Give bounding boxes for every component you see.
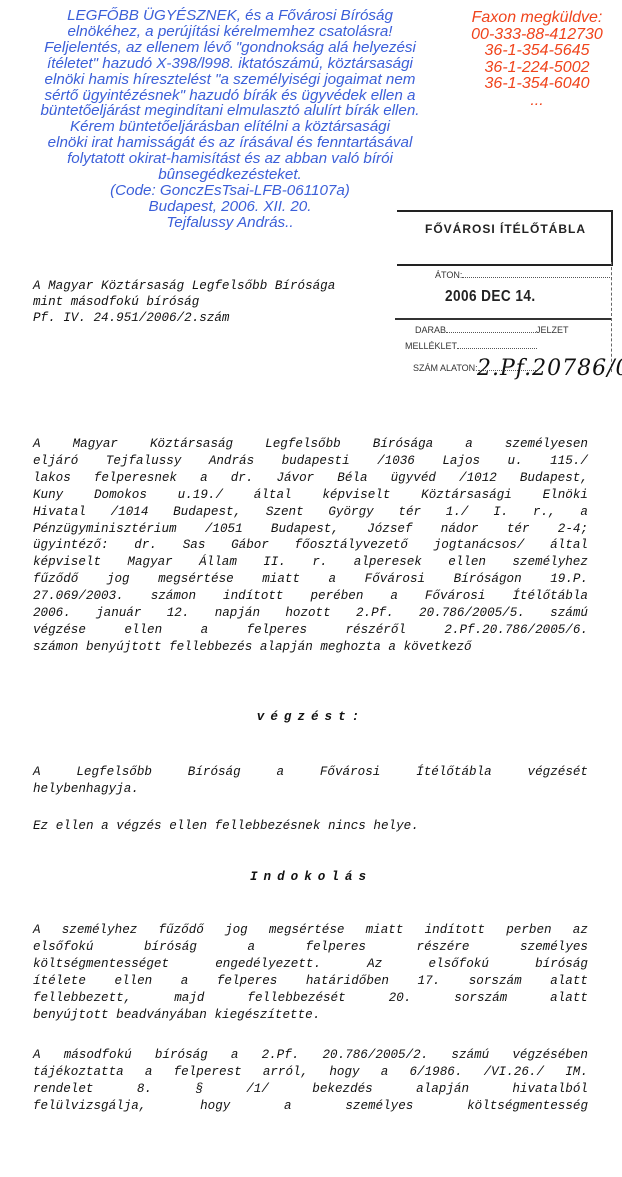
heading-decision: végzést: <box>0 710 622 724</box>
header-note-line: Feljelentés, az ellenem lévő "gondnokság… <box>10 40 450 56</box>
header-note-line: Budapest, 2006. XII. 20. <box>10 199 450 215</box>
court-header: A Magyar Köztársaság Legfelsőbb Bírósága… <box>33 279 335 326</box>
text-line: eljáróTejfalussyAndrásbudapesti/1036Lajo… <box>33 453 588 470</box>
text-line: felülvizsgálja,hogyaszemélyesköltségment… <box>33 1098 588 1115</box>
header-note-line: sértő ügyintézésnek" hazudó bírák és ügy… <box>10 88 450 104</box>
fax-note: Faxon megküldve:00-333-88-41273036-1-354… <box>452 10 622 109</box>
text-line: végzéseellenafelperesrészéről2.Pf.20.786… <box>33 622 588 639</box>
header-note-line: LEGFŐBB ÜGYÉSZNEK, és a Fővárosi Bíróság <box>10 8 450 24</box>
text-line: Pénzügyminisztérium/1051Budapest,Józsefn… <box>33 521 588 538</box>
text-line: képviseltMagyarÁllamII.r.alperesekellens… <box>33 554 588 571</box>
paragraph-ruling: ALegfelsőbbBíróságaFővárosiÍtélőtáblavég… <box>33 764 588 798</box>
fax-number-line: 36-1-224-5002 <box>452 60 622 77</box>
header-note: LEGFŐBB ÜGYÉSZNEK, és a Fővárosi Bíróság… <box>10 8 450 231</box>
stamp-row-1: ÁTON: <box>435 269 612 280</box>
text-line: Hivatal/1014Budapest,SzentGyörgytér1./I.… <box>33 504 588 521</box>
paragraph-intro: AMagyarKöztársaságLegfelsőbbBíróságaasze… <box>33 436 588 656</box>
text-line: elsőfokúbíróságafelperesrészéreszemélyes <box>33 939 588 956</box>
court-header-line: mint másodfokú bíróság <box>33 295 335 311</box>
fax-number-line: 36-1-354-5645 <box>452 43 622 60</box>
header-note-line: elnökéhez, a perújítási kérelmemhez csat… <box>10 24 450 40</box>
court-header-line: Pf. IV. 24.951/2006/2.szám <box>33 311 335 327</box>
header-note-line: ítéletet" hazudó X-398/l998. iktatószámú… <box>10 56 450 72</box>
fax-number-line: Faxon megküldve: <box>452 10 622 27</box>
text-line: tájékoztattaafelperestarról,hogya6/1986.… <box>33 1064 588 1081</box>
text-line: KunyDomokosu.19./általképviseltKöztársas… <box>33 487 588 504</box>
header-note-line: (Code: GonczEsTsai-LFB-061107a) <box>10 183 450 199</box>
stamp-title: FŐVÁROSI ÍTÉLŐTÁBLA <box>425 222 586 236</box>
court-header-line: A Magyar Köztársaság Legfelsőbb Bírósága <box>33 279 335 295</box>
header-note-line: büntetőeljárást megindítani elmulasztó a… <box>10 103 450 119</box>
fax-number-line: 00-333-88-412730 <box>452 27 622 44</box>
text-line: lakosfelperesnekadr.JávorBélaügyvéd/1012… <box>33 470 588 487</box>
header-note-line: elnöki irat hamisságát és az írásával és… <box>10 135 450 151</box>
paragraph-reasoning-2: Amásodfokúbírósága2.Pf.20.786/2005/2.szá… <box>33 1047 588 1115</box>
text-line: 2006.január12.napjánhozott2.Pf.20.786/20… <box>33 605 588 622</box>
fax-number-line: 36-1-354-6040 <box>452 76 622 93</box>
fax-number-line: ... <box>452 93 622 110</box>
header-note-line: elnöki hamis híresztelést "a személyiség… <box>10 72 450 88</box>
stamp-row-3: MELLÉKLET <box>405 340 537 351</box>
text-line: 27.069/2003.számonindítottperébenaFőváro… <box>33 588 588 605</box>
text-line: Ezellenavégzésellenfellebbezésneknincshe… <box>33 818 588 835</box>
header-note-line: Tejfalussy András.. <box>10 215 450 231</box>
stamp-date: 2006 DEC 14. <box>445 288 536 306</box>
stamp-frame <box>397 210 613 266</box>
text-line: fellebbezett,majdfellebbezését20.sorszám… <box>33 990 588 1007</box>
text-line: rendelet8.§/1/bekezdésalapjánhivatalból <box>33 1081 588 1098</box>
court-received-stamp: FŐVÁROSI ÍTÉLŐTÁBLA ÁTON: 2006 DEC 14. D… <box>395 210 615 385</box>
stamp-row-2: DARABJELZET <box>415 324 569 335</box>
text-line: Aszemélyhezfűződőjogmegsértésemiattindít… <box>33 922 588 939</box>
stamp-divider <box>395 318 611 320</box>
text-line: ALegfelsőbbBíróságaFővárosiÍtélőtáblavég… <box>33 764 588 781</box>
header-note-line: Kérem büntetőeljárásban elítélni a köztá… <box>10 119 450 135</box>
text-line: helybenhagyja. <box>33 781 588 798</box>
text-line: fűződőjogmegsértésemiattaFővárosiBíróság… <box>33 571 588 588</box>
header-note-line: folytatott okirat-hamisítást és az abban… <box>10 151 450 167</box>
text-line: benyújtottbeadványábankiegészítette. <box>33 1007 588 1024</box>
text-line: számonbenyújtottfellebbezésalapjánmeghoz… <box>33 639 588 656</box>
text-line: költségmentességetengedélyezett.Azelsőfo… <box>33 956 588 973</box>
heading-reasoning: Indokolás <box>0 870 622 884</box>
text-line: ügyintéző:dr.SasGáborfőosztályvezetőjogt… <box>33 537 588 554</box>
paragraph-no-appeal: Ezellenavégzésellenfellebbezésneknincshe… <box>33 818 588 835</box>
text-line: Amásodfokúbírósága2.Pf.20.786/2005/2.szá… <box>33 1047 588 1064</box>
stamp-handwritten-number: 2.Pf.20786/05 <box>477 356 622 381</box>
header-note-line: bûnsegédkezésteket. <box>10 167 450 183</box>
text-line: ítéleteellenafelpereshatáridőben17.sorsz… <box>33 973 588 990</box>
paragraph-reasoning-1: Aszemélyhezfűződőjogmegsértésemiattindít… <box>33 922 588 1023</box>
text-line: AMagyarKöztársaságLegfelsőbbBíróságaasze… <box>33 436 588 453</box>
